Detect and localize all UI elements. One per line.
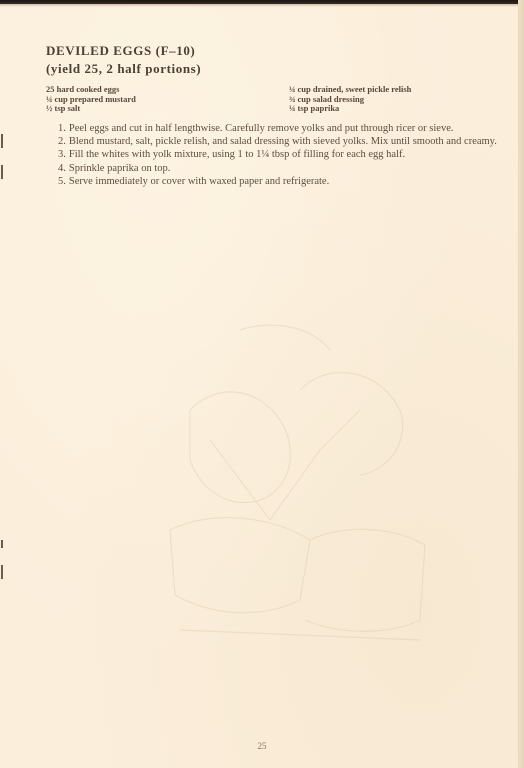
recipe-steps: 1.Peel eggs and cut in half lengthwise. … [46, 122, 504, 188]
recipe-step: 2.Blend mustard, salt, pickle relish, an… [46, 135, 504, 148]
step-text: Peel eggs and cut in half lengthwise. Ca… [69, 123, 454, 134]
step-text: Blend mustard, salt, pickle relish, and … [69, 136, 497, 147]
page-top-shadow [0, 4, 524, 7]
recipe-yield: (yield 25, 2 half portions) [46, 60, 201, 77]
ingredient-item: ½ tsp salt [46, 104, 136, 114]
bleed-through-illustration [150, 300, 440, 660]
book-page: DEVILED EGGS (F–10) (yield 25, 2 half po… [0, 0, 524, 768]
ingredients-list-left: 25 hard cooked eggs ¼ cup prepared musta… [46, 85, 136, 114]
binding-mark [1, 165, 3, 179]
ingredient-item: ¼ tsp paprika [289, 104, 411, 114]
step-number: 2. [58, 136, 66, 147]
step-number: 1. [58, 123, 66, 134]
page-number: 25 [0, 741, 524, 751]
recipe-title: DEVILED EGGS (F–10) [46, 42, 195, 59]
step-number: 4. [58, 163, 66, 174]
binding-mark [1, 540, 3, 548]
step-number: 5. [58, 176, 66, 187]
recipe-step: 3.Fill the whites with yolk mixture, usi… [46, 148, 504, 161]
recipe-step: 5.Serve immediately or cover with waxed … [46, 175, 504, 188]
recipe-step: 1.Peel eggs and cut in half lengthwise. … [46, 122, 504, 135]
binding-mark [1, 134, 3, 148]
step-text: Fill the whites with yolk mixture, using… [69, 149, 405, 160]
step-text: Serve immediately or cover with waxed pa… [69, 176, 329, 187]
page-right-edge [518, 0, 524, 768]
step-number: 3. [58, 149, 66, 160]
ingredients-list-right: ¼ cup drained, sweet pickle relish ¾ cup… [289, 85, 411, 114]
binding-mark [1, 565, 3, 579]
step-text: Sprinkle paprika on top. [69, 163, 170, 174]
recipe-step: 4.Sprinkle paprika on top. [46, 162, 504, 175]
